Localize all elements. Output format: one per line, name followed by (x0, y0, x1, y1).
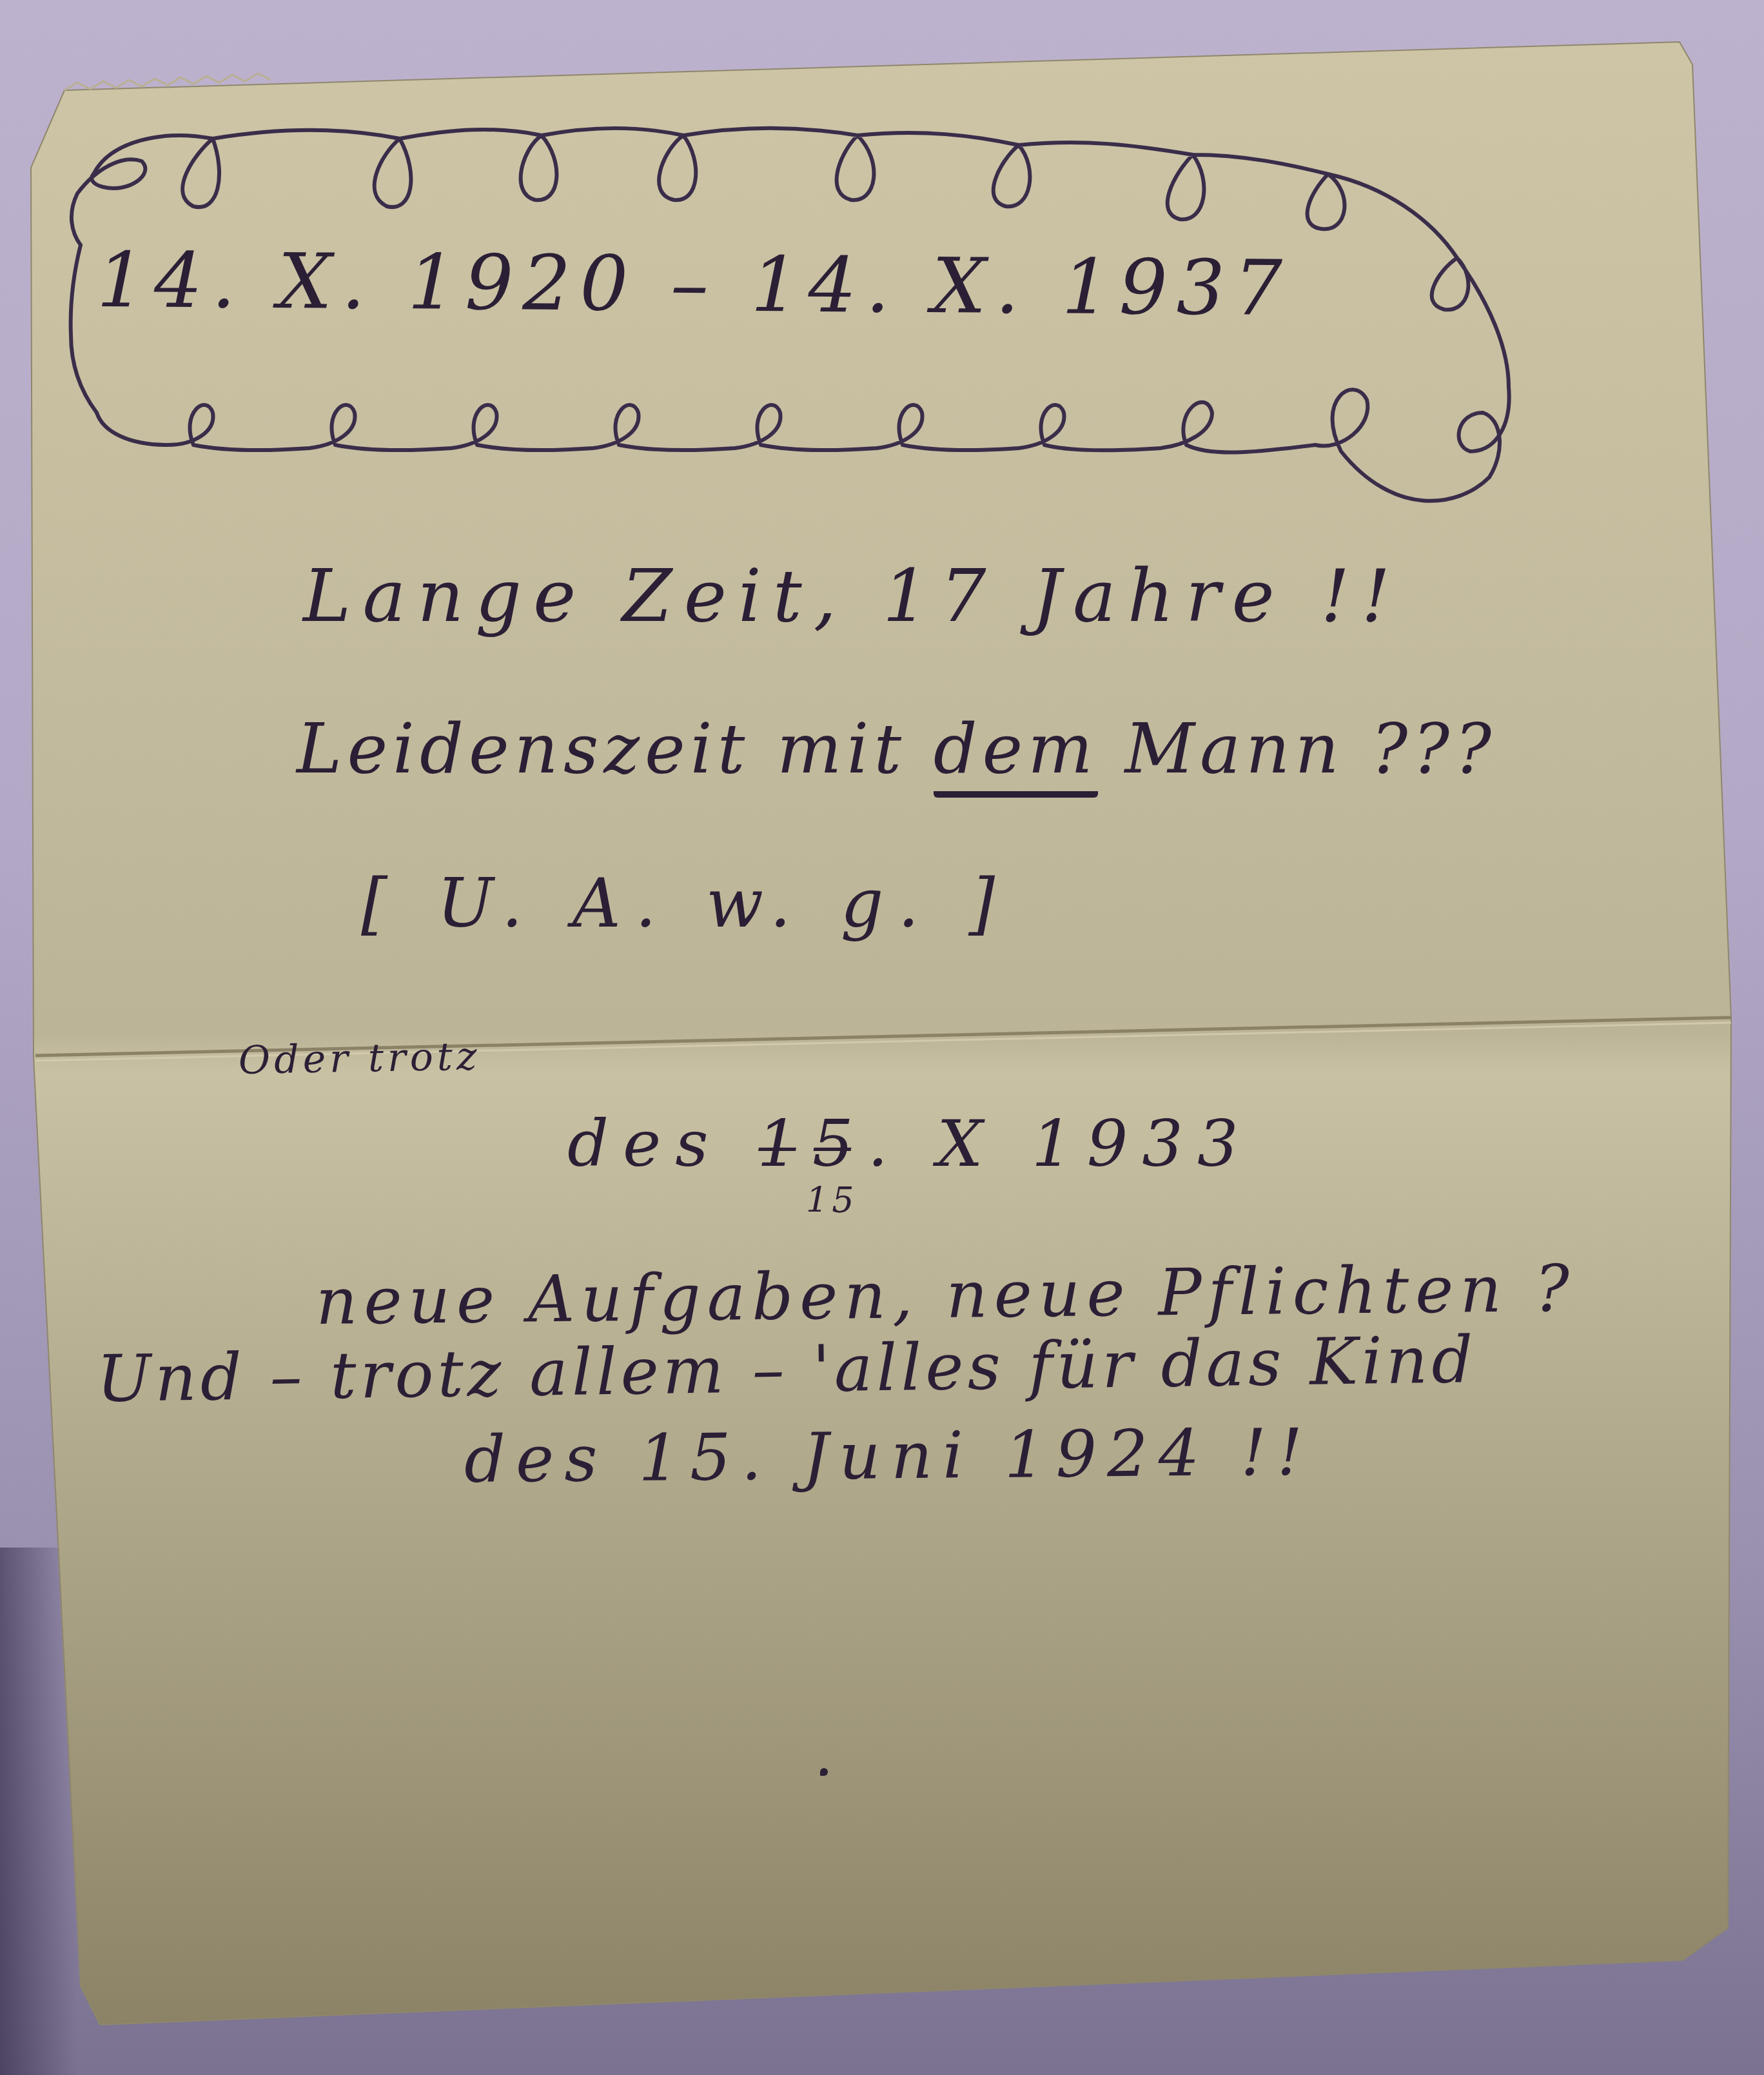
underlined-word-dem: dem (934, 709, 1098, 798)
struck-day: 1̶5̶ (757, 1106, 867, 1181)
paper-body (31, 42, 1731, 2025)
line-oder-trotz: Oder trotz (238, 1034, 481, 1083)
line-des-juni-1924: des 15. Juni 1924 !! (464, 1415, 1313, 1497)
date-rest: . X 1933 (868, 1106, 1253, 1181)
header-dates: 14. X. 1920 – 14. X. 1937 (97, 235, 1292, 333)
line-lange-zeit: Lange Zeit, 17 Jahre !! (303, 555, 1402, 638)
line-leidenszeit: Leidenszeit mit dem Mann ??? (297, 709, 1496, 789)
line-uawg: [ U. A. w. g. ] (361, 864, 1009, 943)
leidenszeit-post: Mann ??? (1098, 709, 1496, 789)
ink-dot (820, 1768, 828, 1776)
leidenszeit-pre: Leidenszeit mit (297, 709, 934, 789)
date-correction: 15 (806, 1180, 858, 1221)
des-prefix: des (567, 1106, 757, 1181)
line-des-1933: des 1̶5̶. X 1933 (567, 1106, 1253, 1181)
